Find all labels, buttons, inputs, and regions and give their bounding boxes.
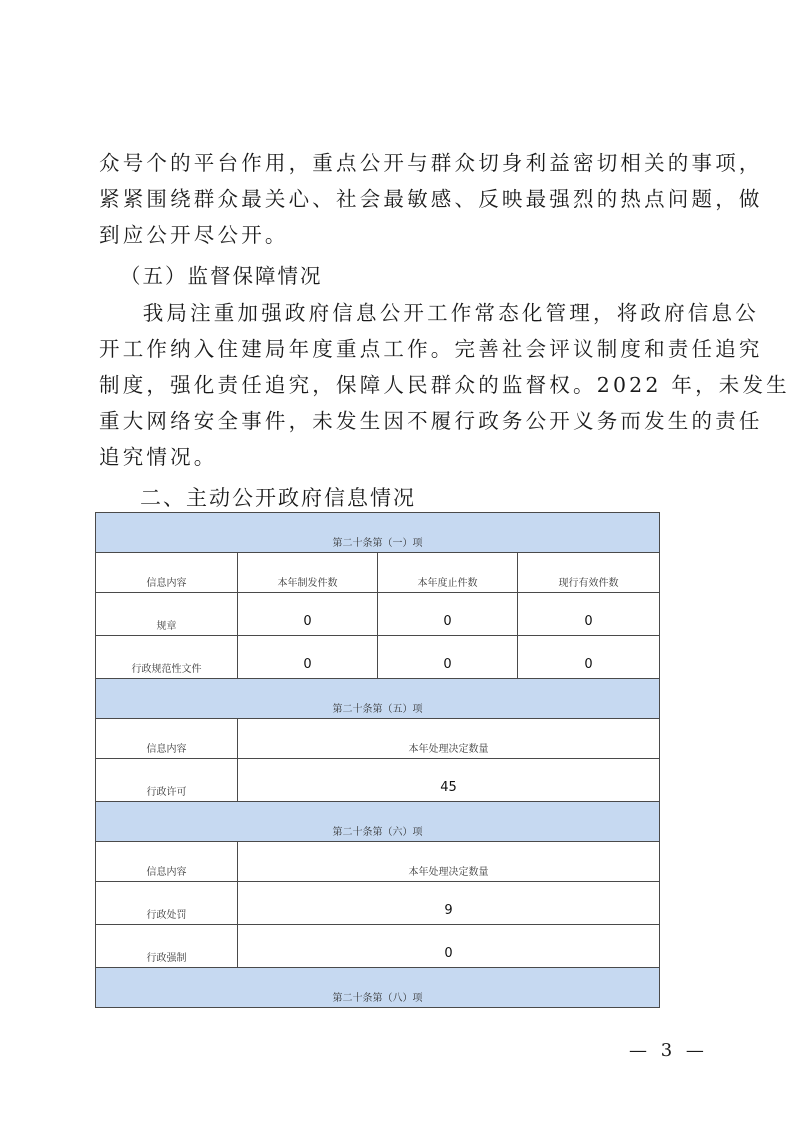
text-line: 到应公开尽公开。: [99, 217, 699, 253]
row-label: 行政处罚: [96, 882, 238, 925]
section-header-row: 第二十条第（五）项: [96, 679, 660, 719]
section-title: 第二十条第（五）项: [96, 679, 660, 719]
column-header-row: 信息内容 本年处理决定数量: [96, 719, 660, 759]
text-line: 制度，强化责任追究，保障人民群众的监督权。2022 年，未发生: [99, 367, 699, 403]
text-line: 重大网络安全事件，未发生因不履行政务公开义务而发生的责任: [99, 403, 699, 439]
cell-value: 0: [238, 636, 378, 679]
column-header-row: 信息内容 本年处理决定数量: [96, 842, 660, 882]
section-title: 第二十条第（八）项: [96, 968, 660, 1008]
cell-value: 0: [238, 593, 378, 636]
cell-value: 0: [378, 593, 518, 636]
row-label: 行政强制: [96, 925, 238, 968]
section-header-row: 第二十条第（六）项: [96, 802, 660, 842]
paragraph-supervision: 我局注重加强政府信息公开工作常态化管理，将政府信息公 开工作纳入住建局年度重点工…: [99, 295, 699, 475]
table-row: 行政许可 45: [96, 759, 660, 802]
row-label: 行政规范性文件: [96, 636, 238, 679]
section-heading: 二、主动公开政府信息情况: [140, 483, 416, 513]
subheading-supervision: （五）监督保障情况: [120, 258, 323, 294]
column-header: 信息内容: [96, 553, 238, 593]
cell-value: 0: [518, 593, 660, 636]
table-row: 规章 0 0 0: [96, 593, 660, 636]
column-header: 信息内容: [96, 719, 238, 759]
section-title: 第二十条第（六）项: [96, 802, 660, 842]
table-row: 行政规范性文件 0 0 0: [96, 636, 660, 679]
column-header: 本年度止件数: [378, 553, 518, 593]
column-header: 本年制发件数: [238, 553, 378, 593]
page-number: — 3 —: [629, 1040, 708, 1061]
row-label: 规章: [96, 593, 238, 636]
section-header-row: 第二十条第（一）项: [96, 513, 660, 553]
paragraph-public-accounts: 众号个的平台作用，重点公开与群众切身利益密切相关的事项， 紧紧围绕群众最关心、社…: [99, 145, 699, 253]
text-line: 紧紧围绕群众最关心、社会最敏感、反映最强烈的热点问题，做: [99, 181, 699, 217]
column-header: 现行有效件数: [518, 553, 660, 593]
text-line: 众号个的平台作用，重点公开与群众切身利益密切相关的事项，: [99, 145, 699, 181]
section-title: 第二十条第（一）项: [96, 513, 660, 553]
text-line: 我局注重加强政府信息公开工作常态化管理，将政府信息公: [99, 295, 699, 331]
cell-value: 0: [518, 636, 660, 679]
disclosure-table: 第二十条第（一）项 信息内容 本年制发件数 本年度止件数 现行有效件数 规章 0…: [95, 512, 660, 1008]
cell-value: 0: [238, 925, 660, 968]
cell-value: 0: [378, 636, 518, 679]
row-label: 行政许可: [96, 759, 238, 802]
column-header: 本年处理决定数量: [238, 842, 660, 882]
table-row: 行政处罚 9: [96, 882, 660, 925]
text-line: 开工作纳入住建局年度重点工作。完善社会评议制度和责任追究: [99, 331, 699, 367]
cell-value: 9: [238, 882, 660, 925]
table-row: 行政强制 0: [96, 925, 660, 968]
cell-value: 45: [238, 759, 660, 802]
section-header-row: 第二十条第（八）项: [96, 968, 660, 1008]
column-header: 信息内容: [96, 842, 238, 882]
column-header: 本年处理决定数量: [238, 719, 660, 759]
column-header-row: 信息内容 本年制发件数 本年度止件数 现行有效件数: [96, 553, 660, 593]
text-line: 追究情况。: [99, 439, 699, 475]
